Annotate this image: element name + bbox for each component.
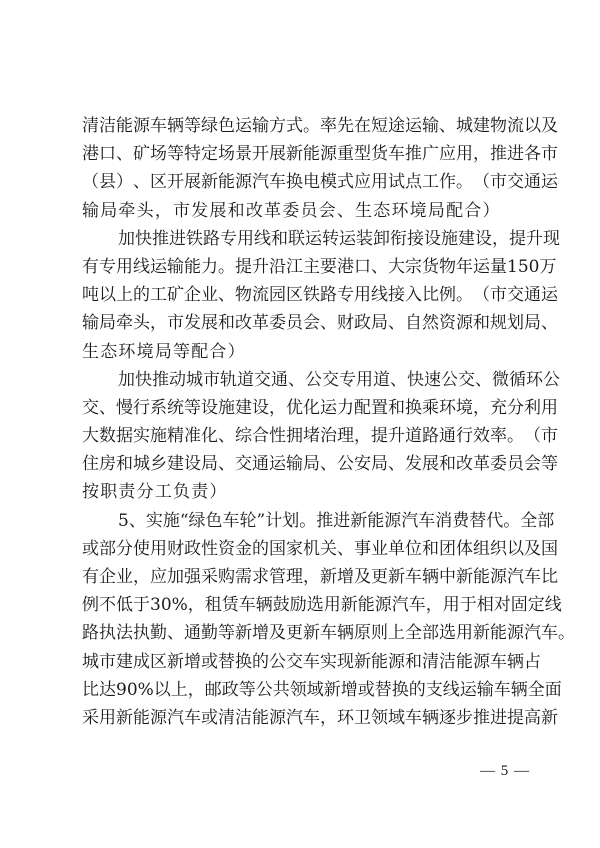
text-line: 输局牵头，市发展和改革委员会、财政局、自然资源和规划局、	[82, 309, 522, 337]
text-line: 5、实施“绿色车轮”计划。推进新能源汽车消费替代。全部	[82, 507, 522, 535]
text-line: 路执法执勤、通勤等新增及更新车辆原则上全部选用新能源汽车。	[82, 619, 522, 647]
text-line: 生态环境局等配合）	[82, 338, 522, 366]
text-line: 交、慢行系统等设施建设，优化运力配置和换乘环境，充分利用	[82, 394, 522, 422]
text-line: 例不低于30%，租赁车辆鼓励选用新能源汽车，用于相对固定线	[82, 591, 522, 619]
document-body: 清洁能源车辆等绿色运输方式。率先在短途运输、城建物流以及港口、矿场等特定场景开展…	[82, 112, 522, 732]
page-number: — 5 —	[480, 763, 530, 780]
text-line: 加快推动城市轨道交通、公交专用道、快速公交、微循环公	[82, 366, 522, 394]
text-line: 住房和城乡建设局、交通运输局、公安局、发展和改革委员会等	[82, 450, 522, 478]
text-line: 比达90%以上，邮政等公共领域新增或替换的支线运输车辆全面	[82, 676, 522, 704]
text-line: 有专用线运输能力。提升沿江主要港口、大宗货物年运量150万	[82, 253, 522, 281]
text-line: 输局牵头，市发展和改革委员会、生态环境局配合）	[82, 197, 522, 225]
text-line: 吨以上的工矿企业、物流园区铁路专用线接入比例。（市交通运	[82, 281, 522, 309]
text-line: 清洁能源车辆等绿色运输方式。率先在短途运输、城建物流以及	[82, 112, 522, 140]
text-line: 采用新能源汽车或清洁能源汽车，环卫领域车辆逐步推进提高新	[82, 704, 522, 732]
text-line: 按职责分工负责）	[82, 478, 522, 506]
text-line: 大数据实施精准化、综合性拥堵治理，提升道路通行效率。（市	[82, 422, 522, 450]
text-line: 有企业，应加强采购需求管理，新增及更新车辆中新能源汽车比	[82, 563, 522, 591]
text-line: 城市建成区新增或替换的公交车实现新能源和清洁能源车辆占	[82, 648, 522, 676]
text-line: 港口、矿场等特定场景开展新能源重型货车推广应用，推进各市	[82, 140, 522, 168]
text-line: （县）、区开展新能源汽车换电模式应用试点工作。（市交通运	[82, 168, 522, 196]
text-line: 加快推进铁路专用线和联运转运装卸衔接设施建设，提升现	[82, 225, 522, 253]
text-line: 或部分使用财政性资金的国家机关、事业单位和团体组织以及国	[82, 535, 522, 563]
